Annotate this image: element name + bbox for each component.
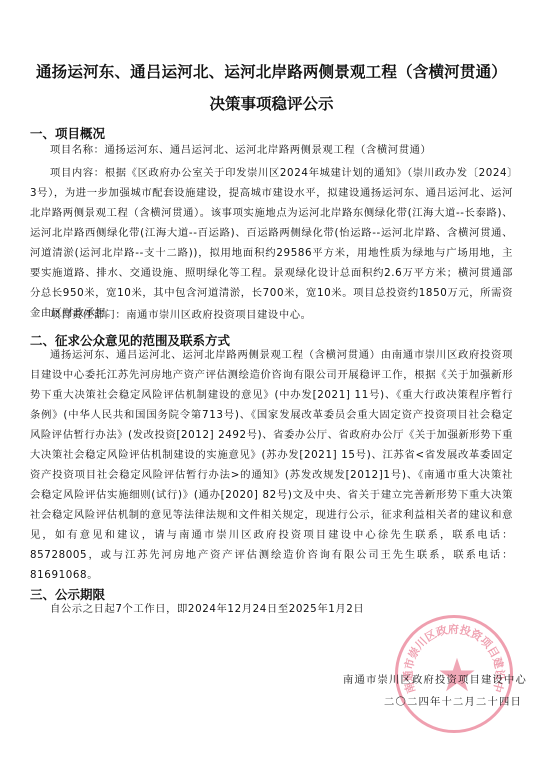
signature-date: 二〇二四年十二月二十四日 (384, 693, 522, 708)
document-title-line1: 通扬运河东、通吕运河北、运河北岸路两侧景观工程（含横河贯通） (0, 60, 543, 82)
document-title-line2: 决策事项稳评公示 (0, 92, 543, 114)
signature-organization: 南通市崇川区政府投资项目建设中心 (343, 671, 527, 686)
public-opinion-paragraph: 通扬运河东、通吕运河北、运河北岸路两侧景观工程（含横河贯通）由南通市崇川区政府投… (30, 345, 513, 585)
project-name-paragraph: 项目名称：通扬运河东、通吕运河北、运河北岸路两侧景观工程（含横河贯通） (30, 140, 513, 160)
responsible-department-paragraph: 项目责任部门：南通市崇川区政府投资项目建设中心。 (30, 305, 513, 325)
project-content-paragraph: 项目内容：根据《区政府办公室关于印发崇川区2024年城建计划的通知》（崇川政办发… (30, 163, 513, 323)
